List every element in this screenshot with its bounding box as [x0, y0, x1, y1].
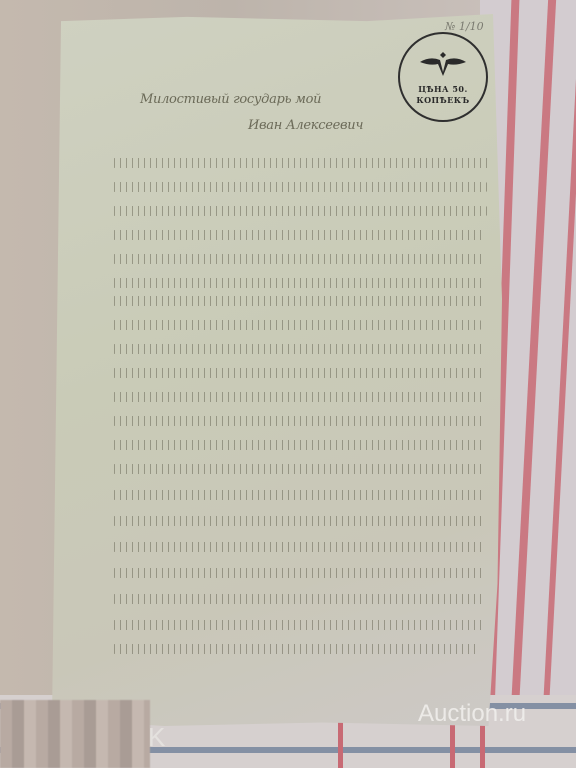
stamp-price-line: ЦѢНА 50.: [400, 84, 486, 94]
handwritten-line: [112, 542, 484, 552]
corner-number: № 1/10: [445, 20, 484, 33]
handwritten-line: [112, 392, 484, 402]
auction-watermark: Auction.ru: [418, 700, 526, 728]
revenue-stamp: ЦѢНА 50. КОПѢЕКЪ: [398, 32, 488, 122]
handwritten-line: [112, 568, 484, 578]
handwritten-line: [112, 594, 484, 604]
handwritten-line: [112, 320, 482, 330]
stamp-currency-line: КОПѢЕКЪ: [400, 95, 486, 105]
handwritten-line: [112, 158, 490, 168]
handwritten-line: [112, 464, 484, 474]
handwritten-line: [112, 644, 480, 654]
watermark-left-mark: K: [148, 722, 165, 753]
handwritten-line: [112, 296, 484, 306]
handwritten-line: [112, 182, 488, 192]
handwritten-line: [112, 230, 484, 240]
handwritten-line: [112, 490, 484, 500]
addressee: Иван Алексеевич: [248, 118, 363, 133]
handwritten-line: [112, 516, 484, 526]
handwritten-line: [112, 440, 484, 450]
handwritten-line: [112, 278, 486, 288]
handwritten-line: [112, 206, 488, 216]
handwritten-line: [112, 254, 486, 264]
handwritten-line: [112, 344, 484, 354]
handwritten-line: [112, 416, 484, 426]
salutation: Милостивый государь мой: [140, 92, 321, 107]
handwritten-line: [112, 620, 484, 630]
handwritten-line: [112, 368, 484, 378]
double-headed-eagle-icon: [418, 48, 468, 78]
blurred-region: [0, 700, 150, 768]
